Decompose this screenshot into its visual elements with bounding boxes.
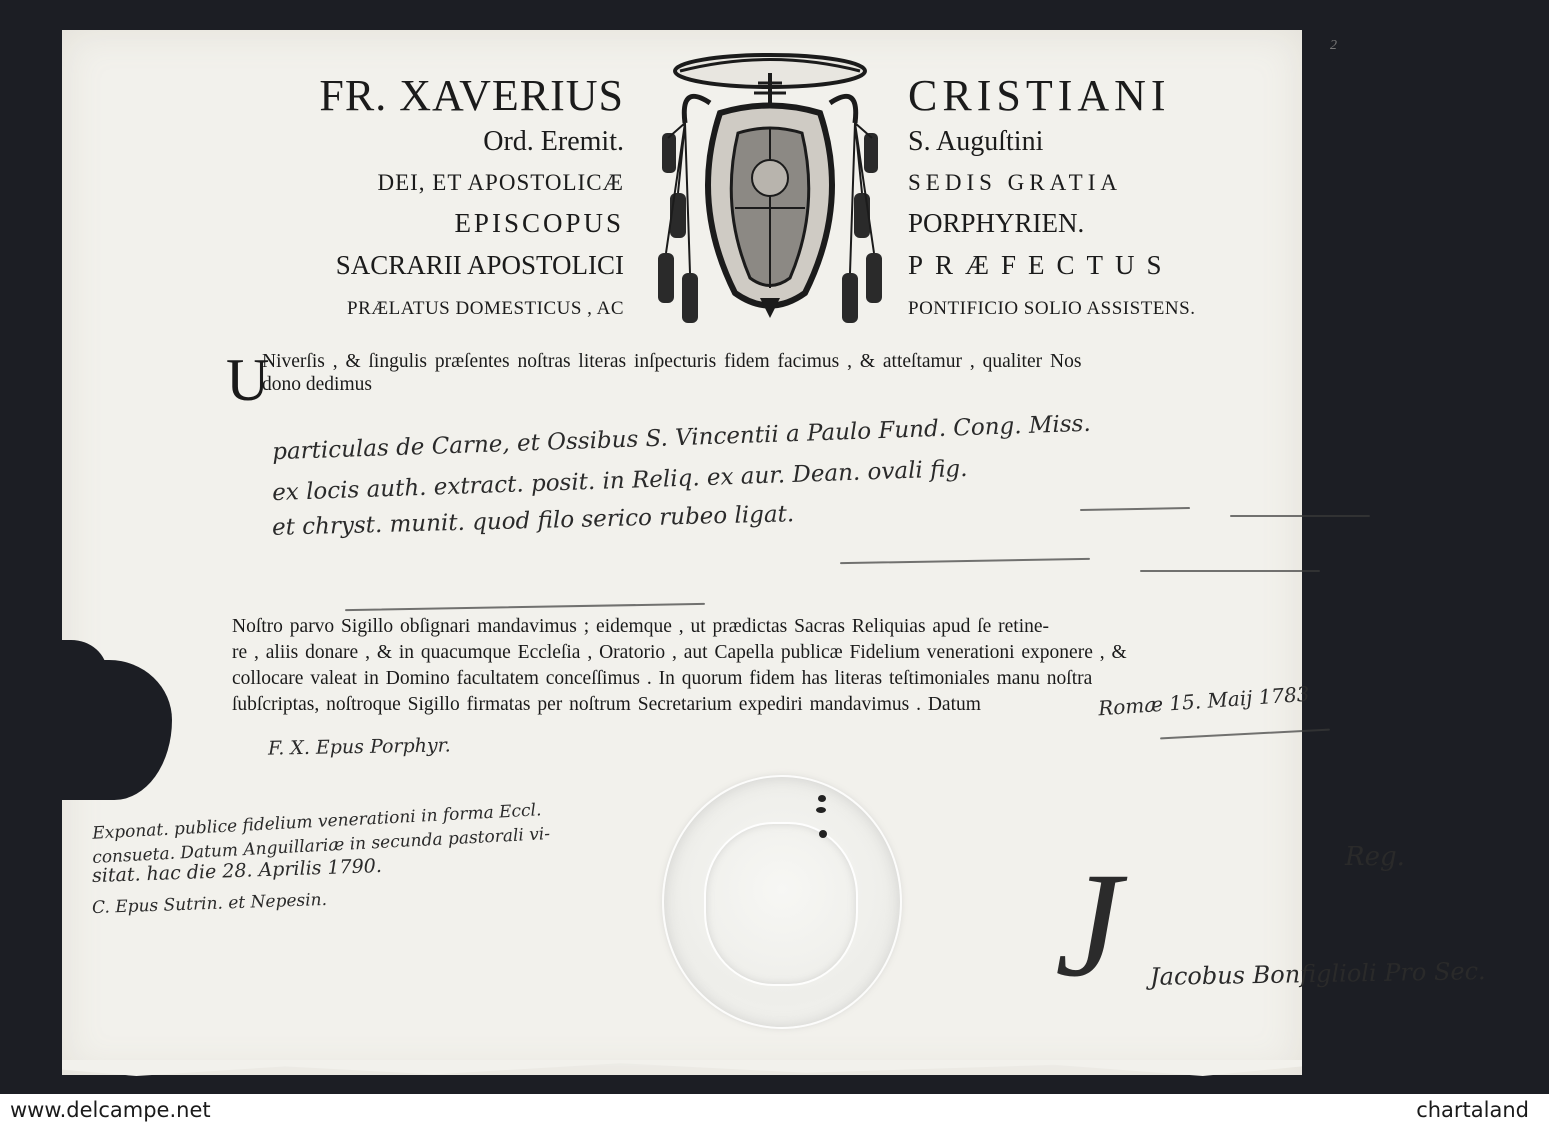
body-line: re , aliis donare , & in quacumque Eccle… [232,642,1127,664]
watermark-chartaland: chartaland [1416,1098,1529,1122]
corner-mark: 2 [1330,38,1337,54]
ink-blots [816,795,836,855]
heading-episcopus: EPISCOPUS [454,208,624,239]
coat-of-arms-icon [640,43,900,333]
heading-order-right: S. Auguſtini [908,126,1043,158]
signature-flourish: J [1055,850,1122,1000]
heading-pontificio: PONTIFICIO SOLIO ASSISTENS. [908,298,1195,320]
intro-line: Niverſis , & ſingulis præſentes noſtras … [262,351,1081,373]
heading-sacrarii: SACRARII APOSTOLICI [336,250,624,281]
heading-praefectus: PRÆFECTUS [908,250,1174,281]
fill-rule [1140,570,1320,572]
heading-name-left: FR. XAVERIUS [319,70,624,121]
heading-praelatus: PRÆLATUS DOMESTICUS , AC [347,298,624,320]
heading-dei: DEI, ET APOSTOLICÆ [377,170,624,196]
heading-sedis: SEDIS GRATIA [908,170,1122,196]
body-line: collocare valeat in Domino facultatem co… [232,668,1092,690]
bishop-signature: F. X. Epus Porphyr. [268,734,451,759]
registration-mark: Reg. [1345,842,1405,872]
heading-order-left: Ord. Eremit. [483,126,624,158]
body-line: Noſtro parvo Sigillo obſignari mandavimu… [232,616,1049,638]
watermark-delcampe: www.delcampe.net [10,1098,211,1122]
heading-porphyrien: PORPHYRIEN. [908,208,1084,239]
secretary-signature: Jacobus Bonfiglioli Pro Sec. [1150,957,1486,991]
fill-rule [1230,515,1370,517]
embossed-seal-icon [662,775,902,1029]
intro-line: dono dedimus [262,374,372,396]
heading-name-right: CRISTIANI [908,70,1171,121]
body-line: ſubſcriptas, noſtroque Sigillo firmatas … [232,694,981,716]
